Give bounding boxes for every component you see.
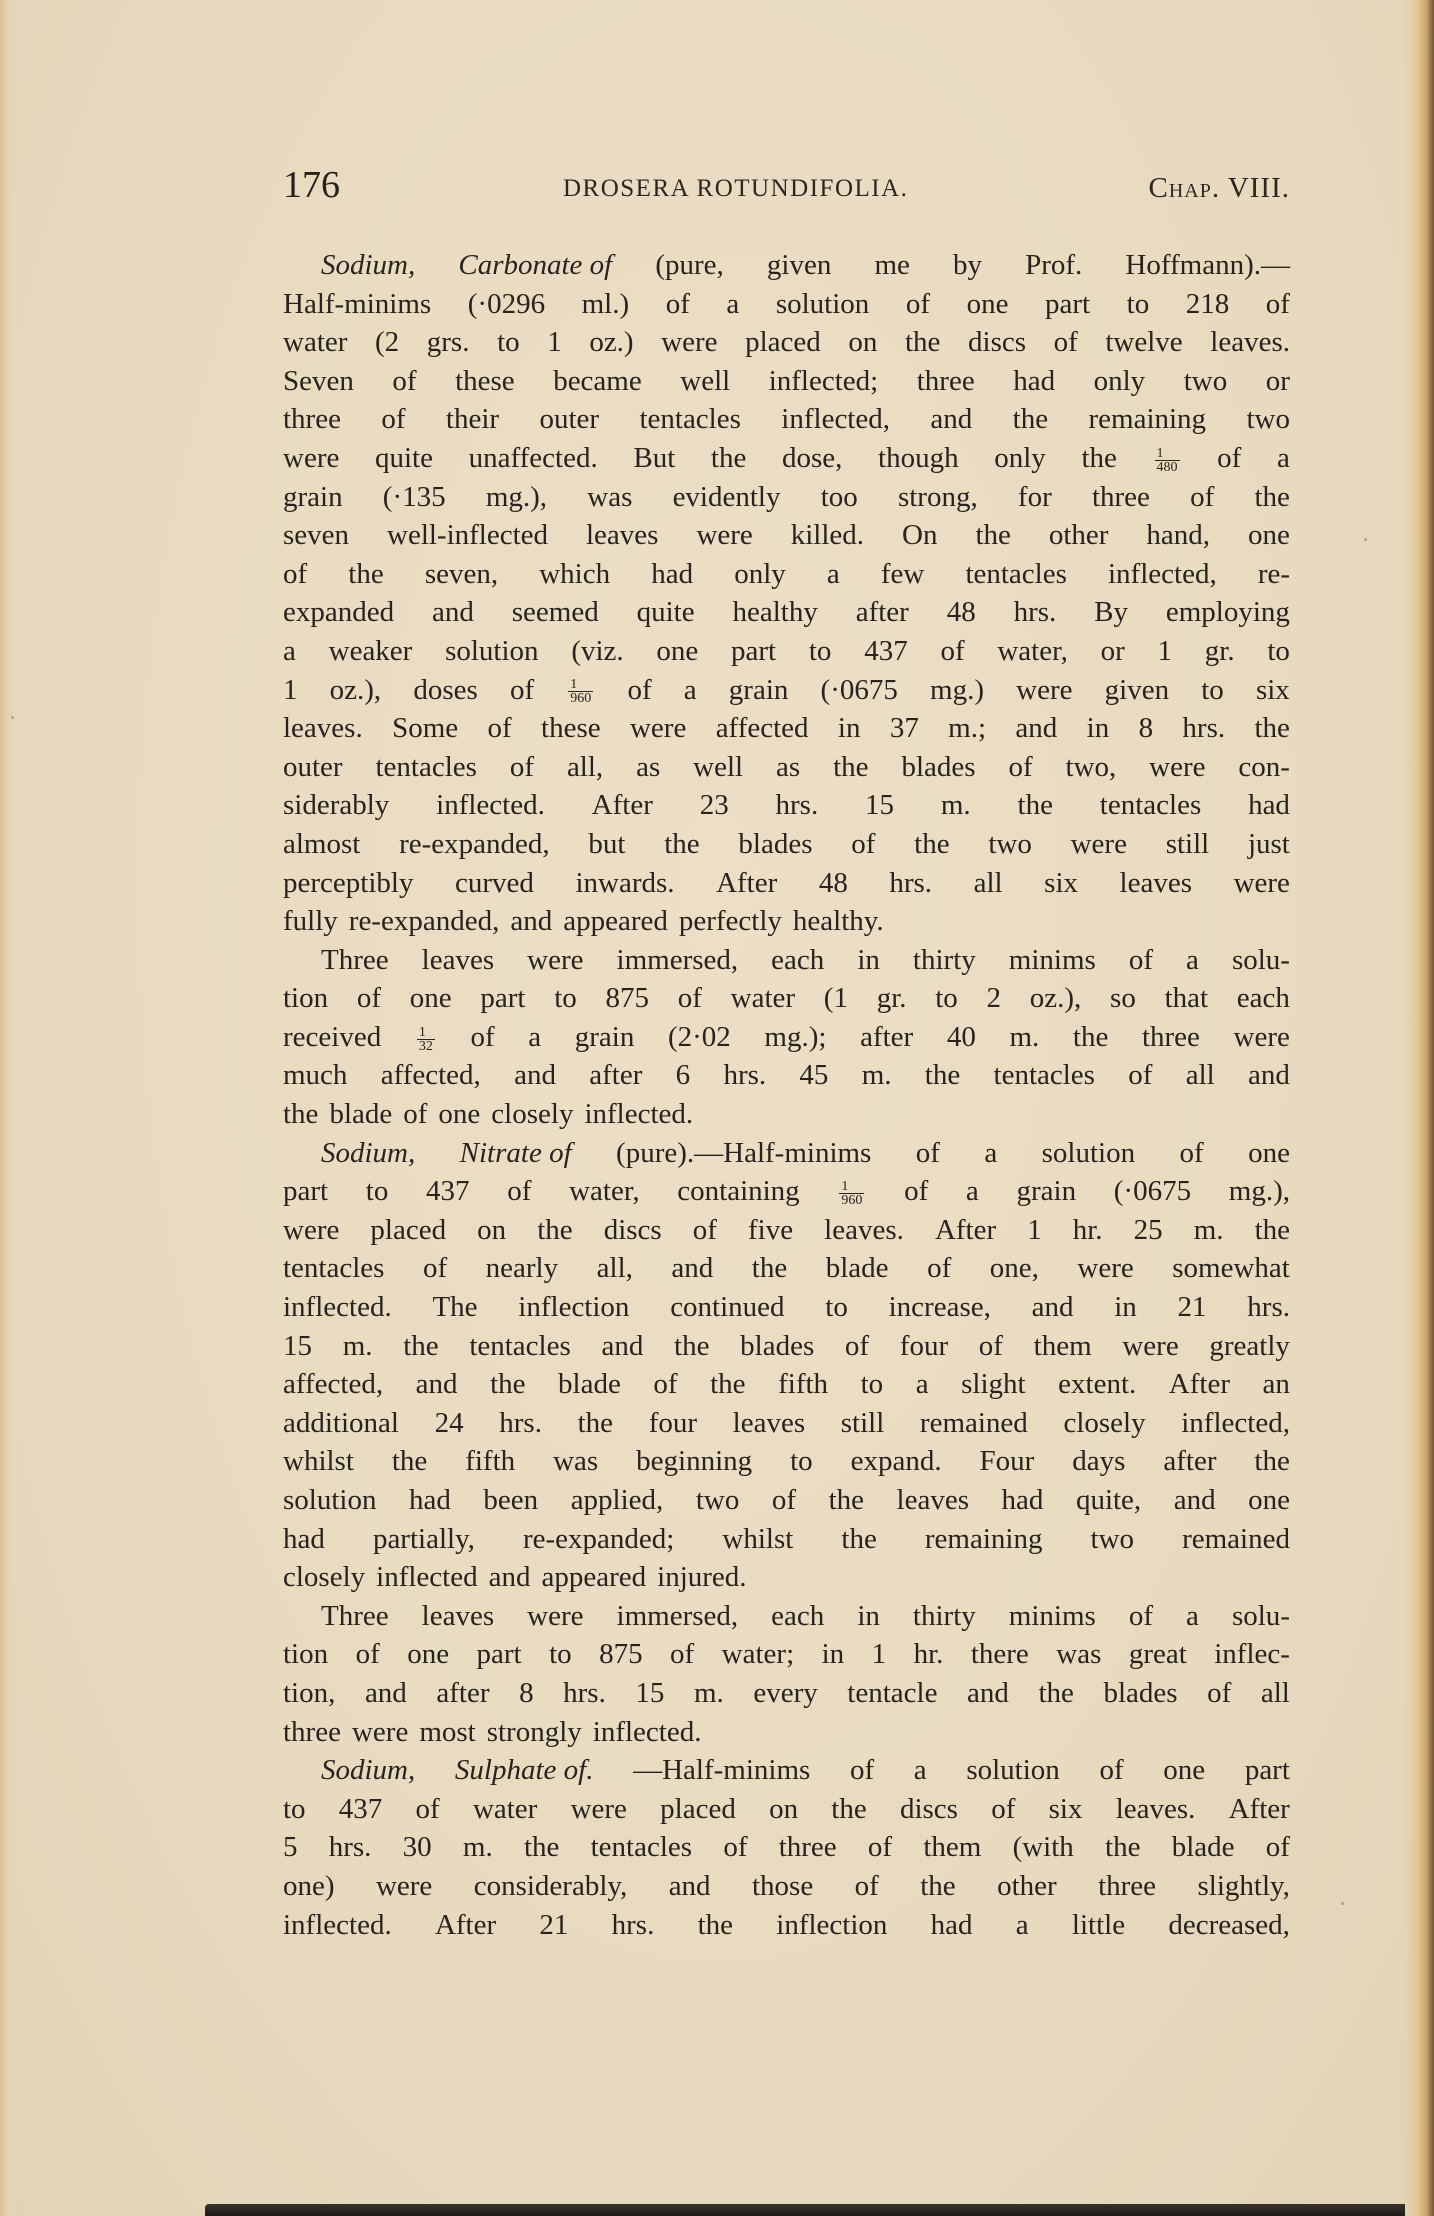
word: solution	[966, 1751, 1059, 1790]
word: one	[656, 632, 698, 671]
word: (pure).—Half-minims	[616, 1134, 871, 1173]
word: m.	[862, 1056, 892, 1095]
fraction: 1480	[1153, 439, 1182, 478]
word: the	[711, 439, 746, 478]
text-line: hadpartially,re-expanded;whilsttheremain…	[283, 1520, 1290, 1559]
word: hrs.	[1247, 1288, 1290, 1327]
text-line: 5hrs.30m.thetentaclesofthreeofthem(witht…	[283, 1828, 1290, 1867]
word: hand,	[1146, 516, 1210, 555]
word: tion,	[283, 1674, 335, 1713]
word: leaves	[422, 1597, 494, 1636]
word: of	[416, 1790, 440, 1829]
word: two	[1246, 400, 1290, 439]
word: (·0296	[468, 285, 545, 324]
word: had	[1013, 362, 1055, 401]
word: for	[1018, 478, 1052, 517]
word: expanded	[283, 593, 394, 632]
word: after	[1163, 1442, 1216, 1481]
word: hrs.	[1182, 709, 1225, 748]
text-line: affected,andthebladeofthefifthtoaslighte…	[283, 1365, 1290, 1404]
word: water,	[569, 1172, 640, 1211]
word: and	[489, 1558, 531, 1597]
text-line: Sodium,Nitrate of(pure).—Half-minimsofas…	[283, 1134, 1290, 1173]
word: almost	[283, 825, 360, 864]
word: had	[1002, 1481, 1044, 1520]
word: grain	[729, 671, 789, 710]
word: six	[1256, 671, 1290, 710]
word: still	[841, 1404, 885, 1443]
word: strongly	[487, 1713, 582, 1752]
word: m.	[941, 786, 971, 825]
word: a	[827, 555, 840, 594]
word: continued	[670, 1288, 784, 1327]
word: increase,	[889, 1288, 991, 1327]
word: of	[403, 1095, 427, 1134]
word: to	[1267, 632, 1290, 671]
word: of	[979, 1327, 1003, 1366]
word: hrs.	[723, 1056, 766, 1095]
word: grs.	[427, 323, 470, 362]
word: which	[539, 555, 610, 594]
word: had	[651, 555, 693, 594]
word: a	[1186, 1597, 1199, 1636]
word: a	[1277, 439, 1290, 478]
word: Seven	[283, 362, 354, 401]
word: were	[527, 1597, 583, 1636]
word: siderably	[283, 786, 389, 825]
word: a	[984, 1134, 997, 1173]
word: to	[366, 1172, 389, 1211]
word: were	[661, 323, 717, 362]
word: inflected.	[283, 1288, 392, 1327]
word: of	[906, 285, 930, 324]
word: discs	[604, 1211, 662, 1250]
word: the	[490, 1365, 525, 1404]
word: of	[510, 748, 534, 787]
word: inflected.	[436, 786, 545, 825]
word: the	[392, 1442, 427, 1481]
word: part	[1045, 285, 1090, 324]
word: inflected.	[593, 1713, 702, 1752]
word: were	[1071, 825, 1127, 864]
word: and	[510, 902, 552, 941]
page-right-edge	[1404, 0, 1434, 2216]
word: every	[753, 1674, 817, 1713]
word: to	[809, 632, 832, 671]
word: Hoffmann).—	[1125, 246, 1290, 285]
word: of	[991, 1790, 1015, 1829]
word: or	[1266, 362, 1290, 401]
word: 8	[1139, 709, 1154, 748]
word: solu-	[1232, 941, 1290, 980]
text-line: aweakersolution(viz.onepartto437ofwater,…	[283, 632, 1290, 671]
word: a	[726, 285, 739, 324]
word: great	[1129, 1635, 1187, 1674]
word: remained	[920, 1404, 1028, 1443]
italic-word: Sodium,	[321, 1134, 415, 1173]
word: doses	[413, 671, 477, 710]
word: them	[1034, 1327, 1092, 1366]
word: additional	[283, 1404, 399, 1443]
word: most	[419, 1713, 475, 1752]
italic-word: Nitrate of	[460, 1134, 572, 1173]
word: extent.	[1058, 1365, 1136, 1404]
word: one	[967, 285, 1009, 324]
word: water,	[997, 632, 1068, 671]
word: each	[1237, 979, 1290, 1018]
word: After	[935, 1211, 996, 1250]
word: tentacles	[994, 1056, 1095, 1095]
word: four	[900, 1327, 948, 1366]
text-line: to437ofwaterwereplacedonthediscsofsixlea…	[283, 1790, 1290, 1829]
word: solution	[283, 1481, 376, 1520]
word: one	[1248, 1481, 1290, 1520]
word: of	[1054, 323, 1078, 362]
word: were	[376, 1867, 432, 1906]
word: the	[1254, 478, 1289, 517]
word: to	[549, 1635, 572, 1674]
word: the	[831, 1790, 866, 1829]
word: strong,	[898, 478, 978, 517]
word: tentacles	[965, 555, 1066, 594]
word: beginning	[636, 1442, 752, 1481]
word: containing	[677, 1172, 799, 1211]
word: of	[670, 1635, 694, 1674]
word: of	[381, 400, 405, 439]
word: the	[674, 1327, 709, 1366]
word: was	[553, 1442, 598, 1481]
word: of	[1008, 748, 1032, 787]
text-line: 15m.thetentaclesandthebladesoffourofthem…	[283, 1327, 1290, 1366]
word: two,	[1066, 748, 1117, 787]
word: to	[825, 1288, 848, 1327]
word: healthy.	[793, 902, 884, 941]
word: perfectly	[679, 902, 782, 941]
text-line: Threeleaveswereimmersed,eachinthirtymini…	[283, 941, 1290, 980]
word: outer	[283, 748, 343, 787]
word: (viz.	[571, 632, 623, 671]
word: water	[473, 1790, 537, 1829]
word: perceptibly	[283, 864, 413, 903]
word: Prof.	[1025, 246, 1082, 285]
italic-word: Sulphate of.	[455, 1751, 594, 1790]
word: the	[1081, 439, 1116, 478]
word: Half-minims	[283, 285, 431, 324]
word: one	[1163, 1751, 1205, 1790]
running-title: DROSERA ROTUNDIFOLIA.	[563, 175, 908, 203]
word: part	[1245, 1751, 1290, 1790]
text-line: tionofonepartto875ofwater(1gr.to2oz.),so…	[283, 979, 1290, 1018]
word: seven	[283, 516, 349, 555]
word: remaining	[1088, 400, 1206, 439]
word: minims	[1009, 941, 1096, 980]
word: that	[1165, 979, 1209, 1018]
word: 875	[606, 979, 650, 1018]
word: only	[994, 439, 1046, 478]
word: tion	[283, 1635, 328, 1674]
word: of	[470, 1018, 494, 1057]
word: slightly,	[1197, 1867, 1289, 1906]
word: days	[1072, 1442, 1125, 1481]
word: leaves.	[824, 1211, 904, 1250]
word: employing	[1166, 593, 1290, 632]
text-line: thebladeofonecloselyinflected.	[283, 1095, 1290, 1134]
word: grain	[1016, 1172, 1076, 1211]
word: well-inflected	[387, 516, 548, 555]
text-line: grain(·135mg.),wasevidentlytoostrong,for…	[283, 478, 1290, 517]
text-line: Sevenofthesebecamewellinflected;threehad…	[283, 362, 1290, 401]
word: oz.)	[589, 323, 633, 362]
word: of	[510, 671, 534, 710]
word: remaining	[925, 1520, 1043, 1559]
word: the	[920, 1867, 955, 1906]
word: water	[283, 323, 347, 362]
word: given	[1105, 671, 1169, 710]
text-line: closelyinflectedandappearedinjured.	[283, 1558, 1290, 1597]
word: healthy	[732, 593, 817, 632]
word: hrs.	[329, 1828, 372, 1867]
word: 1	[1027, 1211, 1042, 1250]
word: were	[1122, 1327, 1178, 1366]
word: to	[861, 1365, 884, 1404]
word: were	[571, 1790, 627, 1829]
word: inflection	[518, 1288, 629, 1327]
scan-shadow-bar	[205, 2204, 1405, 2216]
word: the	[905, 323, 940, 362]
word: had	[931, 1906, 973, 1945]
word: twelve	[1105, 323, 1182, 362]
word: in	[1114, 1288, 1137, 1327]
word: somewhat	[1172, 1249, 1290, 1288]
word: greatly	[1209, 1327, 1290, 1366]
word: grain	[283, 478, 343, 517]
word: placed	[370, 1211, 446, 1250]
word: seemed	[512, 593, 599, 632]
word: two	[1184, 362, 1228, 401]
word: affected	[716, 709, 809, 748]
word: mg.),	[1229, 1172, 1290, 1211]
word: part	[480, 979, 525, 1018]
word: 1	[1158, 632, 1173, 671]
text-line: werequiteunaffected.Butthedose,thoughonl…	[283, 439, 1290, 478]
word: leaves.	[283, 709, 363, 748]
word: 25	[1134, 1211, 1163, 1250]
word: the	[1018, 786, 1053, 825]
text-line: wereplacedonthediscsoffiveleaves.After1h…	[283, 1211, 1290, 1250]
word: killed.	[791, 516, 864, 555]
word: as	[636, 748, 660, 787]
word: a	[528, 1018, 541, 1057]
word: and	[671, 1249, 713, 1288]
word: two	[1091, 1520, 1135, 1559]
word: placed	[745, 323, 821, 362]
word: one	[1248, 1134, 1290, 1173]
word: one,	[990, 1249, 1039, 1288]
word: three	[1092, 478, 1150, 517]
text-line: threeweremoststronglyinflected.	[283, 1713, 1290, 1752]
word: blade	[1172, 1828, 1235, 1867]
word: Some	[392, 709, 458, 748]
word: Three	[321, 941, 389, 980]
word: affected,	[283, 1365, 383, 1404]
word: of	[940, 632, 964, 671]
word: of	[1266, 1828, 1290, 1867]
word: closely	[1063, 1404, 1145, 1443]
word: inflec-	[1214, 1635, 1290, 1674]
word: one	[438, 1095, 480, 1134]
word: them	[923, 1828, 981, 1867]
word: in	[838, 709, 861, 748]
word: leaves.	[1116, 1790, 1196, 1829]
word: just	[1248, 825, 1290, 864]
word: re-	[1258, 555, 1290, 594]
word: only	[734, 555, 786, 594]
word: minims	[1009, 1597, 1096, 1636]
page-number: 176	[283, 163, 340, 207]
word: 1	[547, 323, 562, 362]
word: had	[409, 1481, 451, 1520]
word: me	[874, 246, 909, 285]
word: the	[403, 1327, 438, 1366]
word: inwards.	[575, 864, 674, 903]
word: blade	[329, 1095, 392, 1134]
word: well	[680, 362, 730, 401]
word: one)	[283, 1867, 335, 1906]
word: in	[857, 1597, 880, 1636]
word: and	[601, 1327, 643, 1366]
word: part	[477, 1635, 522, 1674]
text-line: Threeleaveswereimmersed,eachinthirtymini…	[283, 1597, 1290, 1636]
word: of	[1129, 941, 1153, 980]
word: of	[845, 1327, 869, 1366]
word: much	[283, 1056, 347, 1095]
word: quite	[375, 439, 433, 478]
word: were	[283, 1211, 339, 1250]
word: appeared	[541, 1558, 646, 1597]
text-line: siderablyinflected.After23hrs.15m.theten…	[283, 786, 1290, 825]
word: placed	[660, 1790, 736, 1829]
word: (·135	[383, 478, 446, 517]
word: the	[664, 825, 699, 864]
text-line: Half-minims(·0296ml.)ofasolutionofonepar…	[283, 285, 1290, 324]
word: of	[868, 1828, 892, 1867]
word: of	[357, 979, 381, 1018]
word: six	[1049, 1790, 1083, 1829]
word: three	[779, 1828, 837, 1867]
word: re-expanded,	[399, 825, 550, 864]
word: after	[860, 1018, 913, 1057]
word: of	[1128, 1056, 1152, 1095]
word: of	[1266, 285, 1290, 324]
word: five	[748, 1211, 793, 1250]
word: the	[578, 1404, 613, 1443]
word: was	[587, 478, 632, 517]
word: affected,	[381, 1056, 481, 1095]
word: (with	[1013, 1828, 1074, 1867]
word: (2	[375, 323, 399, 362]
book-page: 176 DROSERA ROTUNDIFOLIA. Chap. VIII. So…	[0, 0, 1434, 2216]
word: other	[997, 1867, 1057, 1906]
word: a	[966, 1172, 979, 1211]
word: gr.	[877, 979, 907, 1018]
word: fifth	[465, 1442, 515, 1481]
italic-word: Sodium,	[321, 1751, 415, 1790]
word: gr.	[1205, 632, 1235, 671]
text-line: almostre-expanded,butthebladesofthetwowe…	[283, 825, 1290, 864]
word: were	[630, 709, 686, 748]
italic-word: Sodium,	[321, 246, 415, 285]
word: The	[432, 1288, 477, 1327]
word: inflected,	[1181, 1404, 1290, 1443]
word: re-expanded,	[349, 902, 500, 941]
word: 218	[1186, 285, 1230, 324]
word: hr.	[1073, 1211, 1103, 1250]
word: the	[752, 1249, 787, 1288]
word: whilst	[283, 1442, 354, 1481]
word: the	[1073, 1018, 1108, 1057]
word: quite	[637, 593, 695, 632]
word: m.	[343, 1327, 373, 1366]
word: inflected	[376, 1558, 477, 1597]
word: m.	[463, 1828, 493, 1867]
word: After	[435, 1906, 496, 1945]
word: 15	[283, 1327, 312, 1366]
word: the	[348, 555, 383, 594]
text-line: received132ofagrain(2·02mg.);after40m.th…	[283, 1018, 1290, 1057]
word: after	[589, 1056, 642, 1095]
word: the	[1105, 1828, 1140, 1867]
word: tentacles	[469, 1327, 570, 1366]
word: re-expanded;	[523, 1520, 674, 1559]
fraction: 1960	[837, 1172, 866, 1211]
word: m.	[1009, 1018, 1039, 1057]
word: (·0675	[821, 671, 898, 710]
word: each	[771, 1597, 824, 1636]
word: nearly	[486, 1249, 558, 1288]
word: thirty	[913, 1597, 976, 1636]
word: and	[365, 1674, 407, 1713]
word: considerably,	[474, 1867, 628, 1906]
word: these	[455, 362, 515, 401]
word: slight	[961, 1365, 1025, 1404]
word: 5	[283, 1828, 298, 1867]
word: of	[666, 285, 690, 324]
word: those	[752, 1867, 813, 1906]
word: 437	[864, 632, 908, 671]
word: oz.),	[330, 671, 382, 710]
word: each	[771, 941, 824, 980]
word: decreased,	[1168, 1906, 1290, 1945]
word: curved	[455, 864, 534, 903]
word: 45	[799, 1056, 828, 1095]
word: three	[1142, 1018, 1200, 1057]
word: the	[524, 1828, 559, 1867]
word: solution	[1042, 1134, 1135, 1173]
page-left-edge	[0, 0, 14, 2216]
word: three	[917, 362, 975, 401]
word: the	[829, 1481, 864, 1520]
word: solution	[445, 632, 538, 671]
word: evidently	[673, 478, 781, 517]
word: a	[916, 1365, 929, 1404]
word: inflected;	[769, 362, 879, 401]
paragraph-sodium-nitrate: Sodium,Nitrate of(pure).—Half-minimsofas…	[283, 1134, 1290, 1597]
word: 21	[1178, 1288, 1207, 1327]
word: blades	[738, 825, 812, 864]
word: After	[1229, 1790, 1290, 1829]
word: part	[283, 1172, 328, 1211]
word: three	[283, 400, 341, 439]
